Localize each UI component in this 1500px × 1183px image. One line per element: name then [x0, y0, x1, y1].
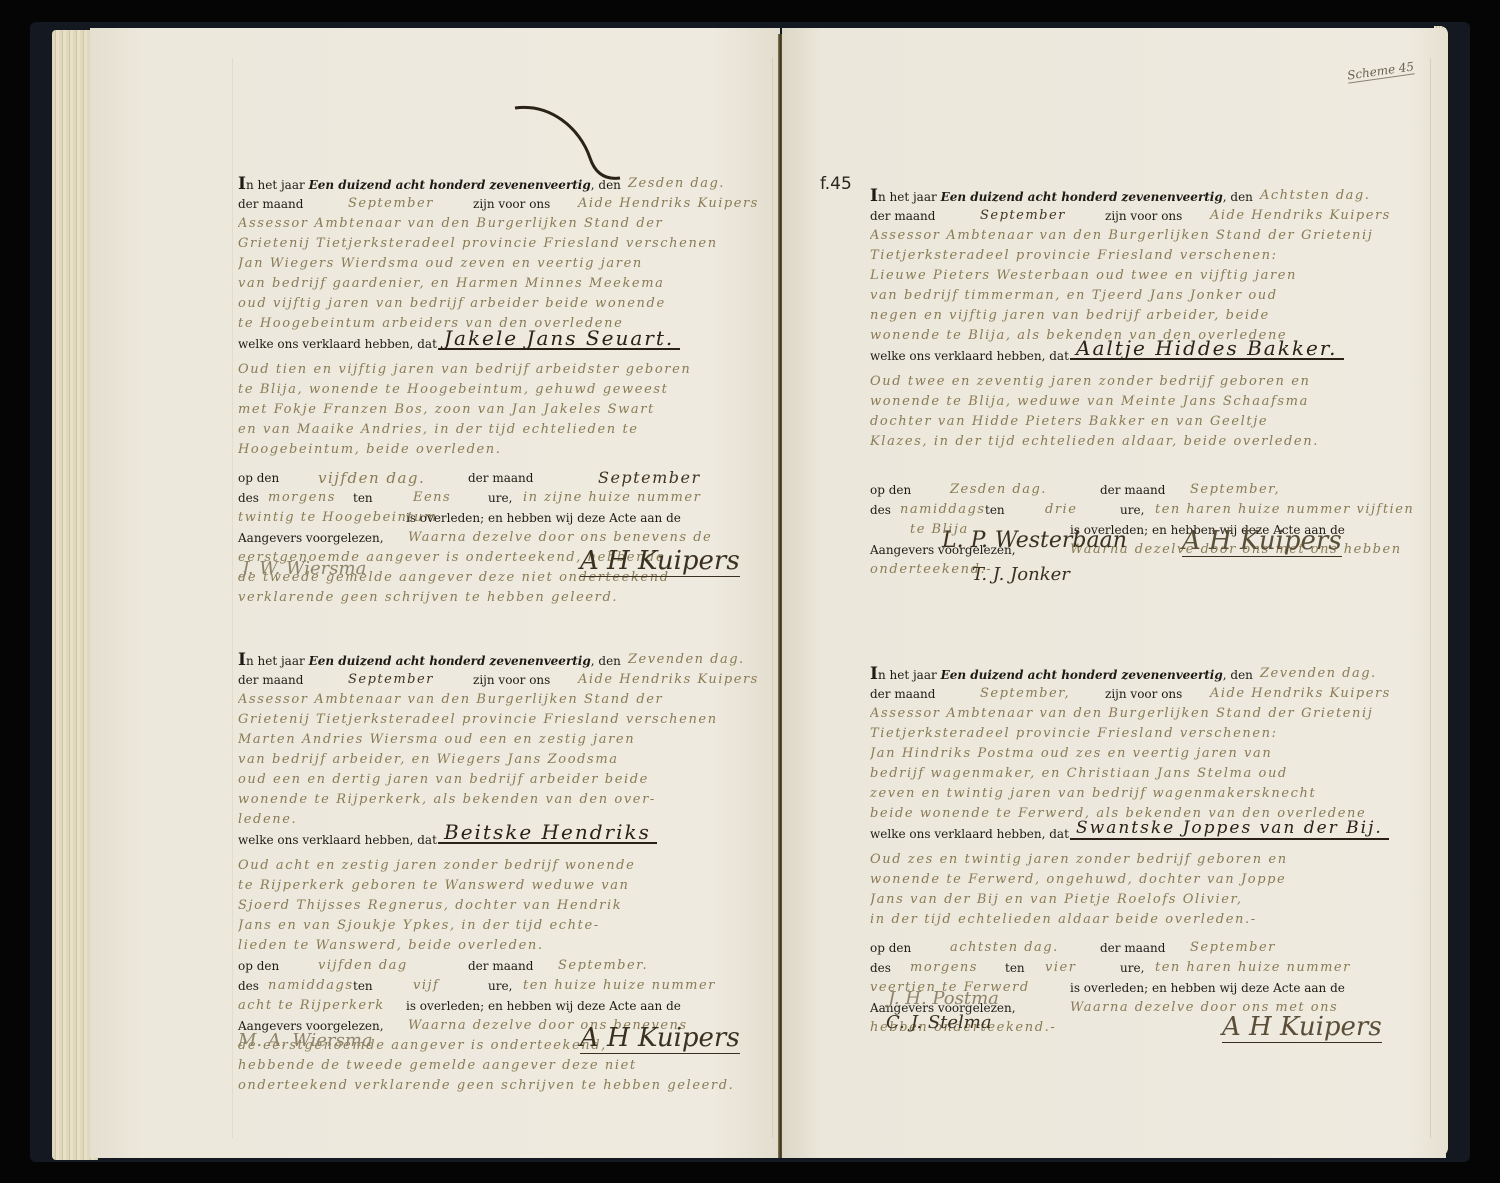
- death-month: September: [598, 468, 701, 488]
- margin-rule: [1430, 58, 1431, 1138]
- death-place: ten huize huize nummer: [523, 976, 716, 996]
- signature-official: A H Kuipers: [1182, 526, 1342, 557]
- time-of-day: namiddags: [268, 976, 354, 996]
- signature-witness: L. P. Westerbaan: [942, 528, 1127, 553]
- deceased-details: Oud twee en zeventig jaren zonder bedrij…: [870, 372, 1430, 452]
- signature-witness-2: T. J. Jonker: [972, 564, 1070, 585]
- death-act-1: In het jaar Een duizend acht honderd zev…: [238, 174, 778, 608]
- death-place-2: acht te Rijperkerk: [238, 998, 385, 1013]
- initial-letter: I: [870, 664, 878, 684]
- act-date-day: Zevenden dag.: [1260, 664, 1377, 684]
- act-body: Assessor Ambtenaar van den Burgerlijken …: [238, 690, 778, 830]
- death-place: ten haren huize nummer vijftien: [1155, 500, 1414, 520]
- initial-letter: I: [238, 174, 246, 194]
- margin-note: f.45: [820, 174, 852, 194]
- act-intro-line: In het jaar Een duizend acht honderd zev…: [238, 174, 778, 194]
- act-official: Aide Hendriks Kuipers: [1210, 684, 1391, 704]
- death-act-3: In het jaar Een duizend acht honderd zev…: [870, 186, 1430, 580]
- death-month: September,: [1190, 480, 1280, 500]
- death-hour: Eens: [413, 488, 451, 508]
- open-register-book: In het jaar Een duizend acht honderd zev…: [30, 14, 1470, 1174]
- signature-official: A H Kuipers: [580, 546, 740, 577]
- death-day: vijfden dag: [318, 956, 408, 976]
- death-hour: vier: [1045, 958, 1076, 978]
- closing-text: onderteekend.-: [870, 560, 1430, 580]
- act-date-day: Achtsten dag.: [1260, 186, 1370, 206]
- act-month: September: [980, 206, 1066, 226]
- death-place: ten haren huize nummer: [1155, 958, 1351, 978]
- signature-witness-2: C. J. Stelma: [886, 1012, 992, 1033]
- initial-letter: I: [870, 186, 878, 206]
- act-body: Assessor Ambtenaar van den Burgerlijken …: [870, 704, 1430, 824]
- deceased-name: Jakele Jans Seuart.: [438, 328, 680, 350]
- act-month: September,: [980, 684, 1070, 704]
- time-of-day: morgens: [910, 958, 978, 978]
- left-page: In het jaar Een duizend acht honderd zev…: [90, 28, 780, 1158]
- initial-letter: I: [238, 650, 246, 670]
- death-day: achtsten dag.: [950, 938, 1059, 958]
- act-official: Aide Hendriks Kuipers: [578, 670, 759, 690]
- act-official: Aide Hendriks Kuipers: [1210, 206, 1391, 226]
- death-day: vijfden dag.: [318, 468, 425, 488]
- deceased-details: Oud tien en vijftig jaren van bedrijf ar…: [238, 360, 778, 460]
- death-act-4: In het jaar Een duizend acht honderd zev…: [870, 664, 1430, 1038]
- act-body: Assessor Ambtenaar van den Burgerlijken …: [870, 226, 1430, 346]
- deceased-name: Beitske Hendriks: [438, 822, 657, 844]
- death-place: in zijne huize nummer: [523, 488, 701, 508]
- time-of-day: morgens: [268, 488, 336, 508]
- signature-witness: M. A. Wiersma: [238, 1030, 373, 1051]
- act-date-day: Zesden dag.: [628, 174, 725, 194]
- act-month: September: [348, 194, 434, 214]
- death-day: Zesden dag.: [950, 480, 1047, 500]
- act-month: September: [348, 670, 434, 690]
- signature-official: A H Kuipers: [580, 1023, 740, 1054]
- deceased-details: Oud zes en twintig jaren zonder bedrijf …: [870, 850, 1430, 930]
- signature-witness: J. W. Wiersma: [242, 558, 366, 579]
- deceased-details: Oud acht en zestig jaren zonder bedrijf …: [238, 856, 778, 956]
- folio-number: Scheme 45: [1346, 59, 1415, 83]
- margin-rule: [232, 58, 233, 1138]
- act-body: Assessor Ambtenaar van den Burgerlijken …: [238, 214, 778, 334]
- deceased-name: Swantske Joppes van der Bij.: [1070, 818, 1389, 840]
- signature-witness: J. H. Postma: [888, 988, 999, 1009]
- act-official: Aide Hendriks Kuipers: [578, 194, 759, 214]
- death-hour: vijf: [413, 976, 439, 996]
- right-page: Scheme 45 f.45 In het jaar Een duizend a…: [782, 28, 1446, 1158]
- death-month: September.: [558, 956, 648, 976]
- signature-official: A H Kuipers: [1222, 1012, 1382, 1043]
- time-of-day: namiddags: [900, 500, 986, 520]
- death-hour: drie: [1045, 500, 1077, 520]
- act-date-day: Zevenden dag.: [628, 650, 745, 670]
- death-month: September: [1190, 938, 1276, 958]
- deceased-name: Aaltje Hiddes Bakker.: [1070, 338, 1344, 360]
